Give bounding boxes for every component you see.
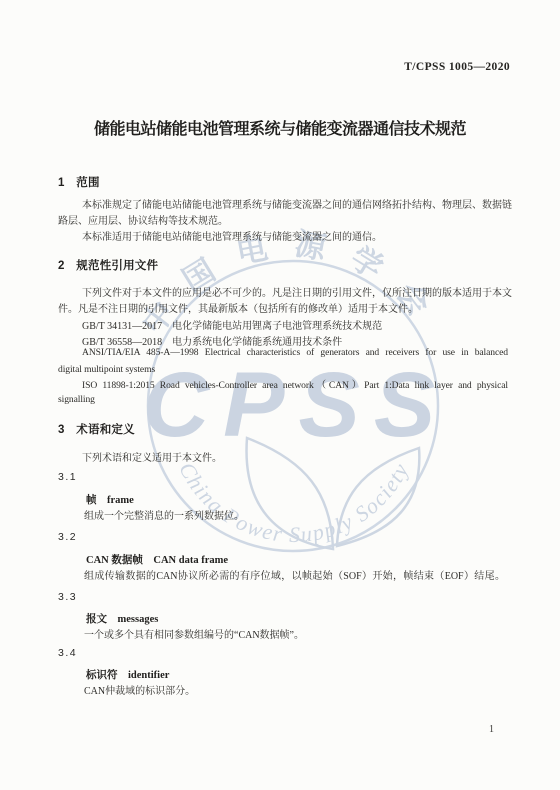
doc-number: T/CPSS 1005—2020 [404,61,510,73]
section-3-heading: 3 术语和定义 [58,421,135,437]
term-number: 3.3 [58,591,77,603]
reference-line: signalling [58,394,508,405]
section-2-intro-line: 件。凡是不注日期的引用文件，其最新版本（包括所有的修改单）适用于本文件。 [58,300,508,315]
term-definition: 一个或多个具有相同参数组编号的“CAN数据帧”。 [84,626,304,641]
page-title: 储能电站储能电池管理系统与储能变流器通信技术规范 [0,116,560,139]
section-2-heading: 2 规范性引用文件 [58,257,158,273]
term-number: 3.4 [58,647,77,659]
section-1-heading: 1 范围 [58,174,100,190]
term-name: 标识符 identifier [86,667,169,682]
term-definition: 组成传输数据的CAN协议所必需的有序位域，以帧起始（SOF）开始，帧结束（EOF… [84,567,505,582]
section-2-intro-line: 下列文件对于本文件的应用是必不可少的。凡是注日期的引用文件，仅所注日期的版本适用… [58,284,508,299]
reference-line: ANSI/TIA/EIA 485-A—1998 Electrical chara… [58,347,508,358]
document-page: 中国电源学会 CPSS China Power Supply Society T… [0,0,560,790]
reference-line: GB/T 34131—2017 电化学储能电站用锂离子电池管理系统技术规范 [58,317,508,332]
reference-line: ISO 11898-1:2015 Road vehicles-Controlle… [58,377,508,391]
reference-line: digital multipoint systems [58,364,508,375]
term-definition: CAN仲裁域的标识部分。 [84,682,195,697]
term-name: 报文 messages [86,611,158,626]
term-name: 帧 frame [86,492,134,507]
term-number: 3.1 [58,471,77,483]
term-name: CAN 数据帧 CAN data frame [86,552,228,567]
reference-line: GB/T 36558—2018 电力系统电化学储能系统通用技术条件 [58,333,508,348]
page-number: 1 [489,724,494,735]
section-1-paragraph-line: 本标准规定了储能电站储能电池管理系统与储能变流器之间的通信网络拓扑结构、物理层、… [58,196,508,211]
term-number: 3.2 [58,531,77,543]
section-3-intro: 下列术语和定义适用于本文件。 [58,449,508,464]
section-1-paragraph-line: 路层、应用层、协议结构等技术规范。 [58,212,508,227]
section-1-paragraph-line: 本标准适用于储能电站储能电池管理系统与储能变流器之间的通信。 [58,228,508,243]
term-definition: 组成一个完整消息的一系列数据位。 [84,507,244,522]
watermark-org-name-en: China Power Supply Society [174,458,413,547]
